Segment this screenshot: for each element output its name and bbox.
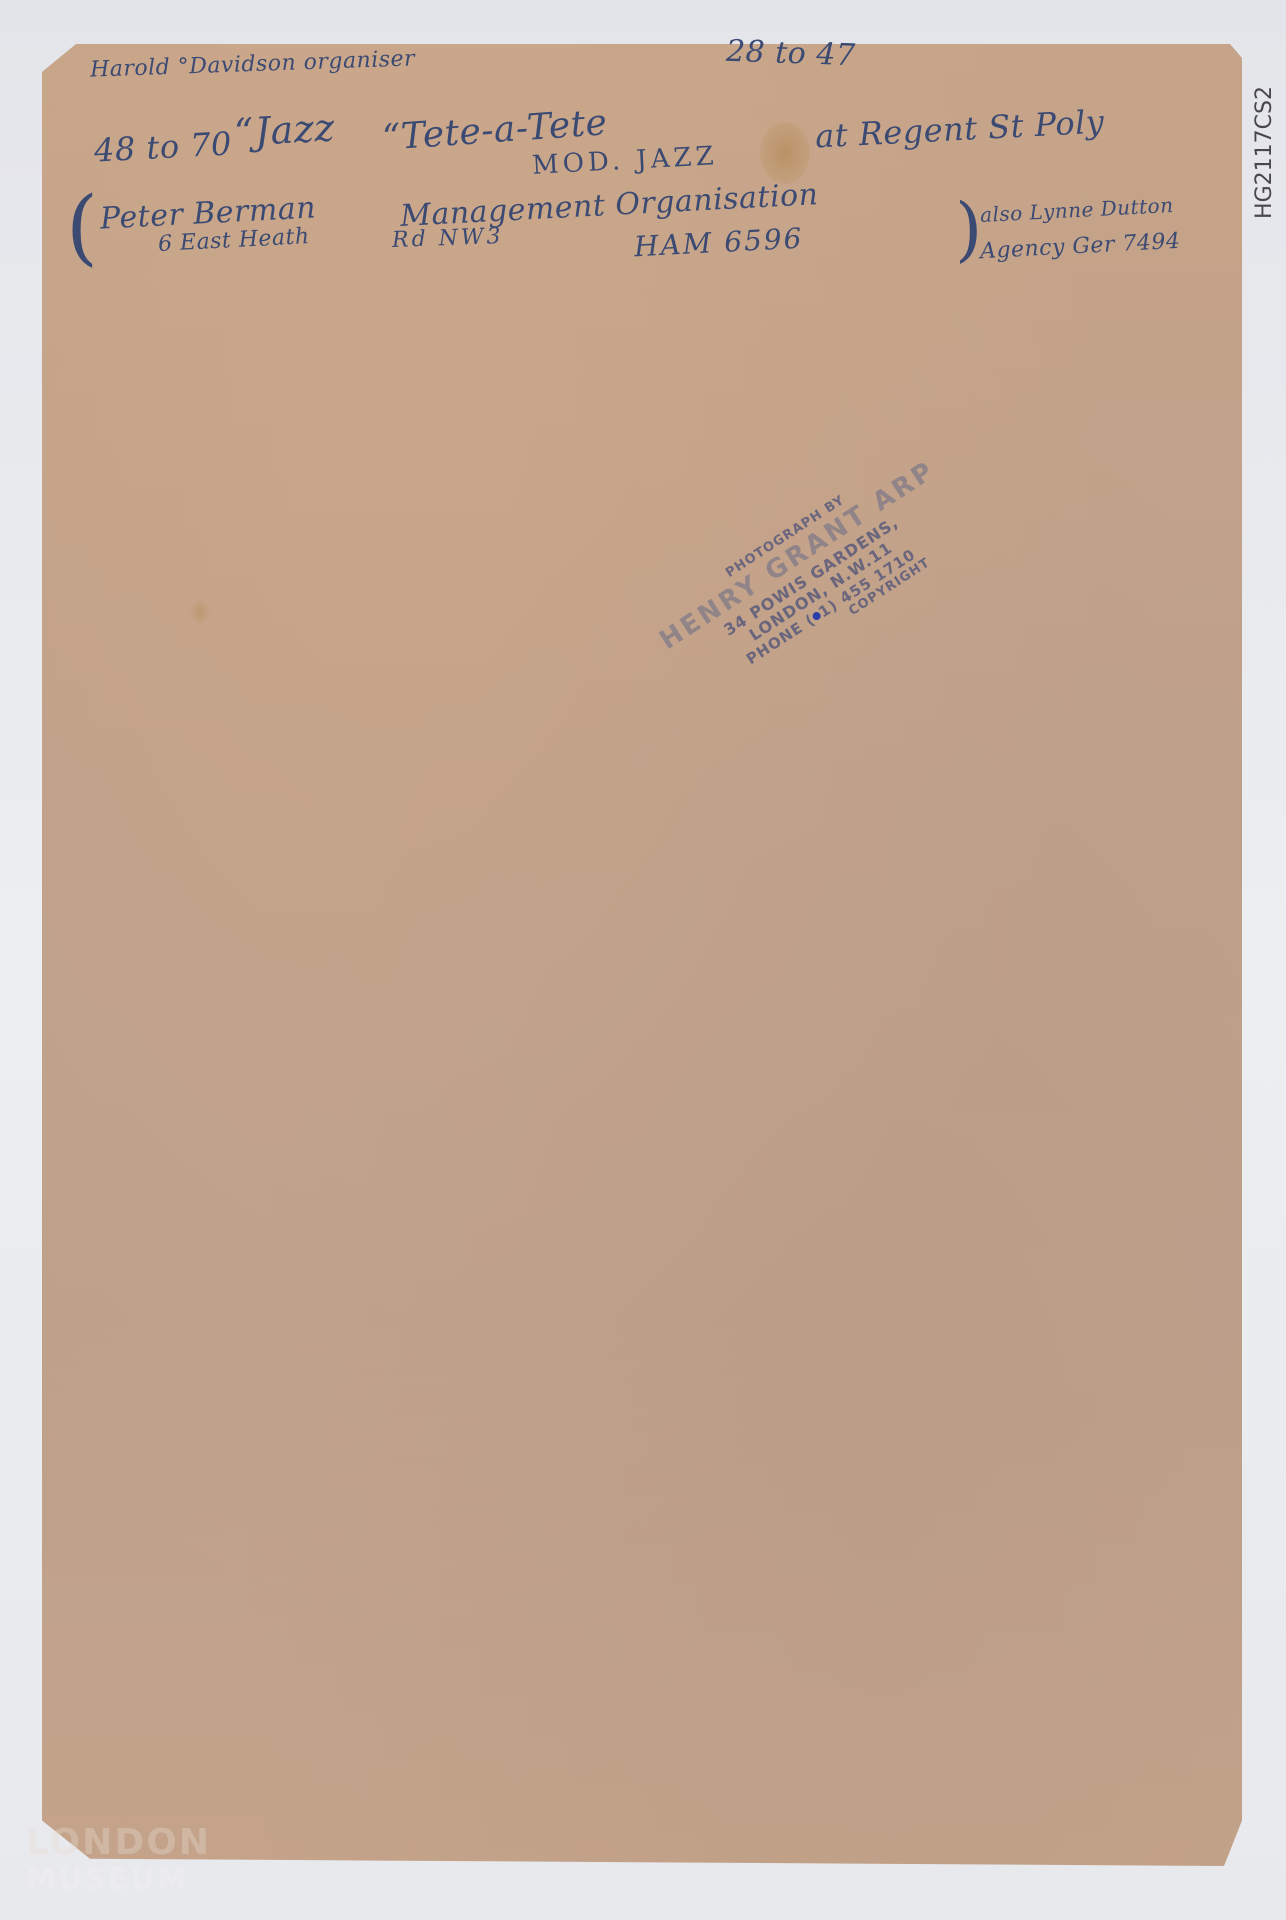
- catalogue-reference: HG2117CS2: [1252, 86, 1277, 219]
- water-stain: [760, 122, 810, 184]
- note-close-paren: ): [955, 188, 983, 270]
- note-open-paren: (: [66, 180, 99, 275]
- photo-card-reverse: [42, 44, 1242, 1866]
- spot-stain: [190, 599, 210, 625]
- museum-watermark-2: MUSEUM: [26, 1862, 189, 1897]
- note-range-1: 28 to 47: [725, 34, 856, 73]
- note-range-2: 48 to 70: [93, 124, 233, 169]
- note-address-district: Rd NW3: [392, 224, 504, 253]
- museum-watermark: LONDON: [26, 1822, 211, 1863]
- note-jazz: “Jazz: [233, 105, 336, 154]
